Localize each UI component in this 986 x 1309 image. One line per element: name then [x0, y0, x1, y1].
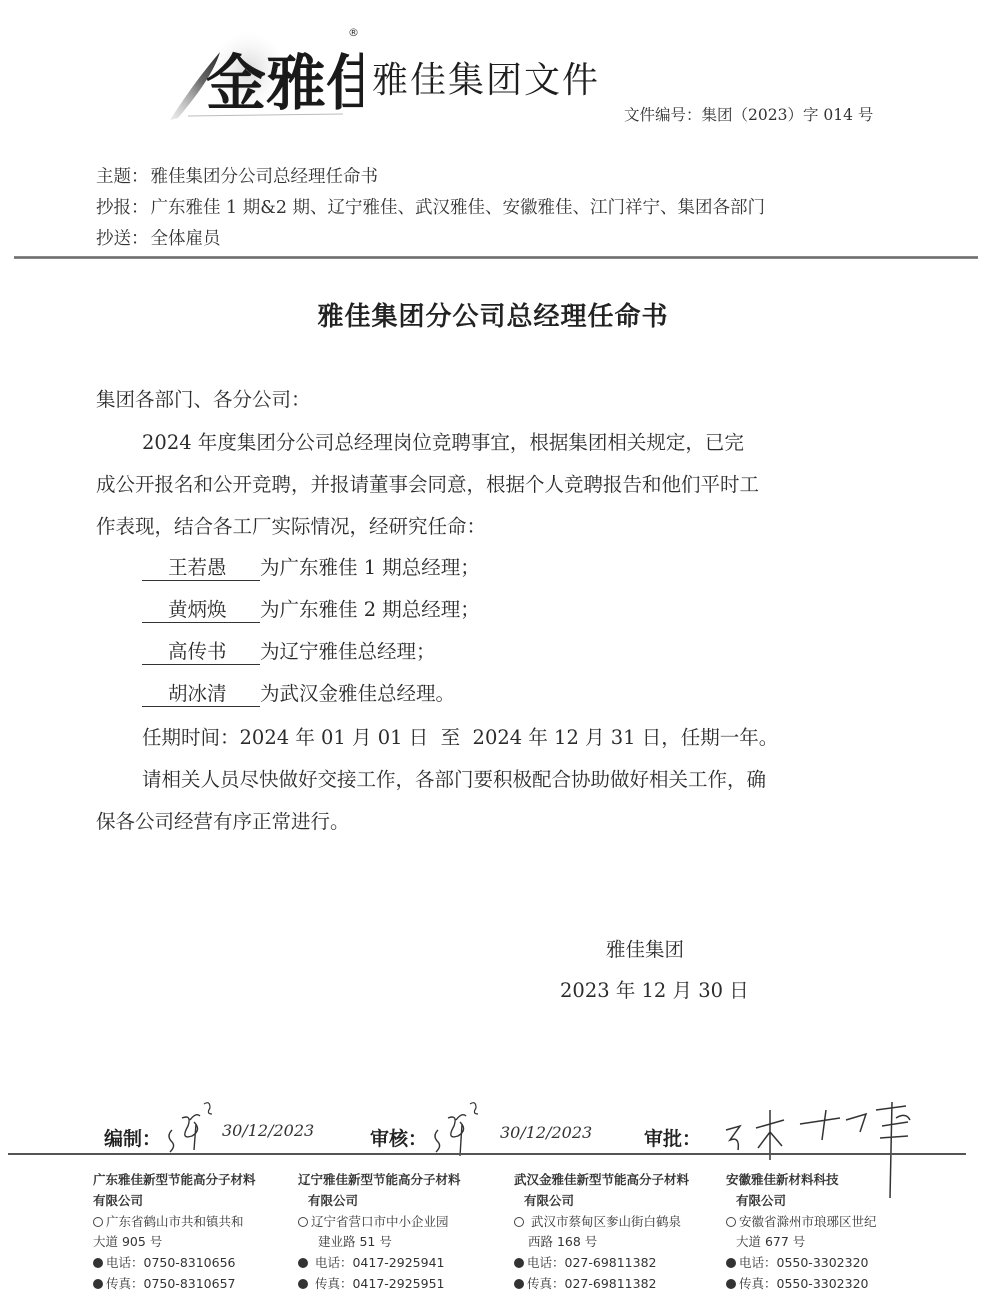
company-address-cont: 大道 677 号 [726, 1232, 877, 1253]
cc-report-label: 抄报： [96, 198, 149, 218]
cc-report-value: 广东雅佳 1 期&2 期、辽宁雅佳、武汉雅佳、安徽雅佳、江门祥宁、集团各部门 [151, 198, 766, 218]
appointee-position: 为辽宁雅佳总经理； [260, 640, 436, 663]
company-fax: 传真：0750-8310657 [93, 1274, 256, 1295]
fax-icon [726, 1279, 736, 1289]
reviewed-by-label: 审核： [370, 1124, 427, 1151]
company-address-cont: 建业路 51 号 [298, 1232, 461, 1253]
footer-company: 辽宁雅佳新型节能高分子材料 有限公司 辽宁省营口市中小企业园 建业路 51 号 … [298, 1170, 461, 1295]
appointment-row: 胡冰清为武汉金雅佳总经理。 [142, 678, 455, 707]
cc-send-value: 全体雇员 [151, 229, 221, 249]
company-fax: 传真：0417-2925951 [298, 1274, 461, 1295]
address-icon [93, 1217, 103, 1227]
svg-text:金雅佳: 金雅佳 [206, 49, 363, 119]
footer-divider [8, 1153, 966, 1155]
company-address: 武汉市蔡甸区奓山街白鹤泉 [514, 1212, 689, 1233]
company-name: 安徽雅佳新材料科技 [726, 1170, 877, 1191]
appointee-position: 为广东雅佳 1 期总经理； [260, 556, 480, 579]
company-name-suffix: 有限公司 [93, 1191, 256, 1212]
company-name-suffix: 有限公司 [514, 1191, 689, 1212]
company-address-cont: 西路 168 号 [514, 1232, 689, 1253]
meta-cc-report: 抄报：广东雅佳 1 期&2 期、辽宁雅佳、武汉雅佳、安徽雅佳、江门祥宁、集团各部… [96, 194, 765, 219]
reviewer-signature-icon: 30/12/2023 [426, 1090, 636, 1170]
appointment-row: 王若愚为广东雅佳 1 期总经理； [142, 552, 480, 581]
footer-company: 武汉金雅佳新型节能高分子材料 有限公司 武汉市蔡甸区奓山街白鹤泉 西路 168 … [514, 1170, 689, 1295]
svg-text:30/12/2023: 30/12/2023 [222, 1121, 314, 1140]
company-phone: 电话：0417-2925941 [298, 1253, 461, 1274]
document-header-title: 雅佳集团文件 [372, 52, 600, 103]
fax-icon [514, 1279, 524, 1289]
subject-value: 雅佳集团分公司总经理任命书 [151, 167, 379, 187]
company-name: 广东雅佳新型节能高分子材料 [93, 1170, 256, 1191]
svg-text:30/12/2023: 30/12/2023 [500, 1123, 592, 1142]
company-name-suffix: 有限公司 [298, 1191, 461, 1212]
appointee-name: 高传书 [142, 640, 260, 665]
prepared-by-label: 编制： [104, 1124, 161, 1151]
appointee-position: 为武汉金雅佳总经理。 [260, 682, 455, 705]
subject-label: 主题： [96, 167, 149, 187]
document-number: 文件编号：集团（2023）字 014 号 [624, 103, 873, 125]
signature-date: 2023 年 12 月 30 日 [560, 975, 749, 1003]
company-name-suffix: 有限公司 [726, 1191, 877, 1212]
prepared-signature-icon: 30/12/2023 [160, 1090, 360, 1170]
phone-icon [514, 1258, 524, 1268]
term-period: 任期时间：2024 年 01 月 01 日 至 2024 年 12 月 31 日… [142, 722, 778, 750]
signature-organization: 雅佳集团 [606, 934, 684, 962]
company-address-cont: 大道 905 号 [93, 1232, 256, 1253]
paragraph-2-line-1: 请相关人员尽快做好交接工作，各部门要积极配合协助做好相关工作，确 [142, 764, 766, 792]
company-phone: 电话：0550-3302320 [726, 1253, 877, 1274]
appointee-name: 王若愚 [142, 556, 260, 581]
address-icon [726, 1217, 736, 1227]
fax-icon [298, 1279, 308, 1289]
phone-icon [726, 1258, 736, 1268]
appointee-name: 胡冰清 [142, 682, 260, 707]
company-address: 辽宁省营口市中小企业园 [298, 1212, 461, 1233]
footer-company: 广东雅佳新型节能高分子材料 有限公司 广东省鹤山市共和镇共和 大道 905 号 … [93, 1170, 256, 1295]
paragraph-1-line-3: 作表现，结合各工厂实际情况，经研究任命： [96, 511, 486, 539]
phone-icon [93, 1258, 103, 1268]
company-address: 广东省鹤山市共和镇共和 [93, 1212, 256, 1233]
company-fax: 传真：027-69811382 [514, 1274, 689, 1295]
approved-by-label: 审批： [644, 1124, 701, 1151]
appointment-row: 高传书为辽宁雅佳总经理； [142, 636, 436, 665]
company-phone: 电话：027-69811382 [514, 1253, 689, 1274]
appointment-row: 黄炳焕为广东雅佳 2 期总经理； [142, 594, 480, 623]
paragraph-1-line-1: 2024 年度集团分公司总经理岗位竞聘事宜，根据集团相关规定，已完 [142, 427, 744, 455]
company-address: 安徽省滁州市琅琊区世纪 [726, 1212, 877, 1233]
meta-cc-send: 抄送：全体雇员 [96, 225, 221, 250]
company-name: 辽宁雅佳新型节能高分子材料 [298, 1170, 461, 1191]
footer-company: 安徽雅佳新材料科技 有限公司 安徽省滁州市琅琊区世纪 大道 677 号 电话：0… [726, 1170, 877, 1295]
paragraph-2-line-2: 保各公司经营有序正常进行。 [96, 806, 350, 834]
paragraph-1-line-2: 成公开报名和公开竞聘，并报请董事会同意，根据个人竞聘报告和他们平时工 [96, 469, 759, 497]
company-name: 武汉金雅佳新型节能高分子材料 [514, 1170, 689, 1191]
svg-text:®: ® [348, 26, 359, 39]
company-logo: 金雅佳 ® [168, 22, 363, 122]
header-divider [14, 256, 978, 259]
cc-send-label: 抄送： [96, 229, 149, 249]
phone-icon [298, 1258, 308, 1268]
fax-icon [93, 1279, 103, 1289]
salutation: 集团各部门、各分公司： [96, 384, 311, 412]
meta-subject: 主题：雅佳集团分公司总经理任命书 [96, 163, 378, 188]
company-fax: 传真：0550-3302320 [726, 1274, 877, 1295]
appointee-name: 黄炳焕 [142, 598, 260, 623]
appointee-position: 为广东雅佳 2 期总经理； [260, 598, 480, 621]
company-phone: 电话：0750-8310656 [93, 1253, 256, 1274]
document-title: 雅佳集团分公司总经理任命书 [0, 296, 986, 333]
address-icon [514, 1217, 524, 1227]
address-icon [298, 1217, 308, 1227]
